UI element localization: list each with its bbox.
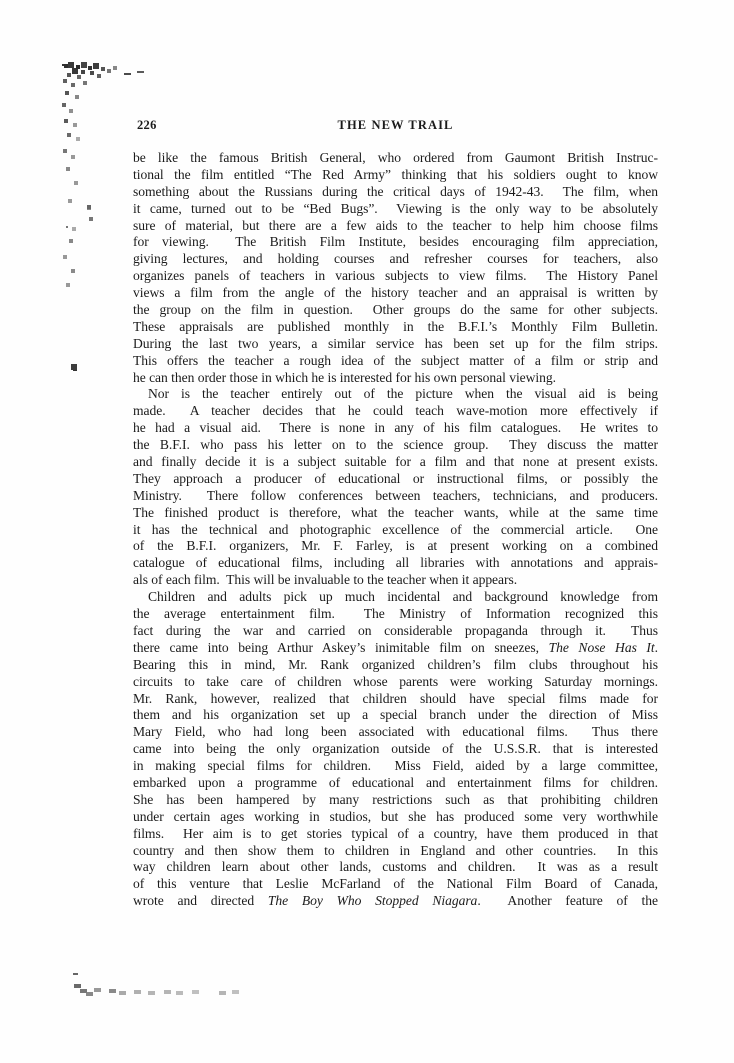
text-line: the group on the film in question. Other… bbox=[133, 302, 658, 319]
text-segment: and finally decide it is a subject suita… bbox=[133, 454, 658, 469]
text-segment: tional the film entitled “The Red Army” … bbox=[133, 167, 658, 182]
text-segment: embarked upon a programme of educational… bbox=[133, 775, 658, 790]
text-segment: of this venture that Leslie McFarland of… bbox=[133, 876, 658, 891]
text-line: als of each film. This will be invaluabl… bbox=[133, 572, 658, 589]
text-segment: Children and adults pick up much inciden… bbox=[148, 589, 658, 604]
text-line: something about the Russians during the … bbox=[133, 184, 658, 201]
text-line: the average entertainment film. The Mini… bbox=[133, 606, 658, 623]
text-segment: there came into being Arthur Askey’s ini… bbox=[133, 640, 549, 655]
text-line: country and then show them to children i… bbox=[133, 843, 658, 860]
text-line: it has the technical and photographic ex… bbox=[133, 522, 658, 539]
text-segment: them and his organization set up a speci… bbox=[133, 707, 658, 722]
text-segment: als of each film. This will be invaluabl… bbox=[133, 572, 517, 587]
text-line: organizes panels of teachers in various … bbox=[133, 268, 658, 285]
scan-noise-dashes bbox=[124, 73, 131, 75]
text-line: in making special films for children. Mi… bbox=[133, 758, 658, 775]
text-line: Mr. Rank, however, realized that childre… bbox=[133, 691, 658, 708]
text-segment: Mary Field, who had long been associated… bbox=[133, 724, 658, 739]
text-line: wrote and directed The Boy Who Stopped N… bbox=[133, 893, 658, 910]
text-line: Mary Field, who had long been associated… bbox=[133, 724, 658, 741]
running-title: THE NEW TRAIL bbox=[133, 118, 658, 133]
text-line: for viewing. The British Film Institute,… bbox=[133, 234, 658, 251]
text-line: came into being the only organization ou… bbox=[133, 741, 658, 758]
text-segment: They approach a producer of educational … bbox=[133, 471, 658, 486]
text-segment: She has been hampered by many restrictio… bbox=[133, 792, 658, 807]
text-line: This offers the teacher a rough idea of … bbox=[133, 353, 658, 370]
paragraph: be like the famous British General, who … bbox=[133, 150, 658, 386]
text-segment: films. Her aim is to get stories typical… bbox=[133, 826, 658, 841]
text-segment: be like the famous British General, who … bbox=[133, 150, 658, 165]
text-segment: country and then show them to children i… bbox=[133, 843, 658, 858]
text-line: Ministry. There follow conferences betwe… bbox=[133, 488, 658, 505]
text-line: way children learn about other lands, cu… bbox=[133, 859, 658, 876]
text-segment: it came, turned out to be “Bed Bugs”. Vi… bbox=[133, 201, 658, 216]
text-line: catalogue of educational films, includin… bbox=[133, 555, 658, 572]
text-segment: in making special films for children. Mi… bbox=[133, 758, 658, 773]
scan-noise-bottom-left bbox=[73, 973, 78, 975]
text-line: films. Her aim is to get stories typical… bbox=[133, 826, 658, 843]
text-segment: sure of material, but there are a few ai… bbox=[133, 218, 658, 233]
text-segment: Nor is the teacher entirely out of the p… bbox=[148, 386, 658, 401]
text-segment: he had a visual aid. There is none in an… bbox=[133, 420, 658, 435]
text-segment: Bearing this in mind, Mr. Rank organized… bbox=[133, 657, 658, 672]
text-line: These appraisals are published monthly i… bbox=[133, 319, 658, 336]
text-segment: it has the technical and photographic ex… bbox=[133, 522, 658, 537]
text-segment: giving lectures, and holding courses and… bbox=[133, 251, 658, 266]
text-segment: under certain ages working in studios, b… bbox=[133, 809, 658, 824]
running-header: 226 THE NEW TRAIL bbox=[133, 118, 658, 134]
text-line: circuits to take care of children whose … bbox=[133, 674, 658, 691]
scan-noise-top-left bbox=[62, 64, 64, 66]
text-segment: the B.F.I. who pass his letter on to the… bbox=[133, 437, 658, 452]
body-text: be like the famous British General, who … bbox=[133, 150, 658, 910]
text-segment: the group on the film in question. Other… bbox=[133, 302, 658, 317]
text-segment: he can then order those in which he is i… bbox=[133, 370, 556, 385]
text-segment: wrote and directed bbox=[133, 893, 268, 908]
text-line: there came into being Arthur Askey’s ini… bbox=[133, 640, 658, 657]
text-segment: of the B.F.I. organizers, Mr. F. Farley,… bbox=[133, 538, 658, 553]
text-line: of the B.F.I. organizers, Mr. F. Farley,… bbox=[133, 538, 658, 555]
film-title: The Boy Who Stopped Niagara bbox=[268, 893, 477, 908]
text-line: giving lectures, and holding courses and… bbox=[133, 251, 658, 268]
text-line: During the last two years, a similar ser… bbox=[133, 336, 658, 353]
text-segment: . Another feature of the bbox=[477, 893, 658, 908]
text-line: he had a visual aid. There is none in an… bbox=[133, 420, 658, 437]
text-segment: made. A teacher decides that he could te… bbox=[133, 403, 658, 418]
text-line: them and his organization set up a speci… bbox=[133, 707, 658, 724]
text-segment: During the last two years, a similar ser… bbox=[133, 336, 658, 351]
text-line: the B.F.I. who pass his letter on to the… bbox=[133, 437, 658, 454]
text-line: under certain ages working in studios, b… bbox=[133, 809, 658, 826]
scan-noise-left-margin bbox=[66, 226, 68, 228]
text-segment: Mr. Rank, however, realized that childre… bbox=[133, 691, 658, 706]
text-segment: circuits to take care of children whose … bbox=[133, 674, 658, 689]
text-segment: way children learn about other lands, cu… bbox=[133, 859, 658, 874]
text-segment: the average entertainment film. The Mini… bbox=[133, 606, 658, 621]
text-segment: organizes panels of teachers in various … bbox=[133, 268, 658, 283]
text-line: he can then order those in which he is i… bbox=[133, 370, 658, 387]
film-title: The Nose Has It bbox=[549, 640, 655, 655]
text-line: Nor is the teacher entirely out of the p… bbox=[133, 386, 658, 403]
book-page: 226 THE NEW TRAIL be like the famous Bri… bbox=[0, 0, 734, 1063]
text-line: of this venture that Leslie McFarland of… bbox=[133, 876, 658, 893]
text-segment: Ministry. There follow conferences betwe… bbox=[133, 488, 658, 503]
text-segment: views a film from the angle of the histo… bbox=[133, 285, 658, 300]
text-line: made. A teacher decides that he could te… bbox=[133, 403, 658, 420]
text-line: Children and adults pick up much inciden… bbox=[133, 589, 658, 606]
text-segment: . bbox=[655, 640, 658, 655]
text-segment: something about the Russians during the … bbox=[133, 184, 658, 199]
text-line: views a film from the angle of the histo… bbox=[133, 285, 658, 302]
text-line: fact during the war and carried on consi… bbox=[133, 623, 658, 640]
text-segment: fact during the war and carried on consi… bbox=[133, 623, 658, 638]
text-line: tional the film entitled “The Red Army” … bbox=[133, 167, 658, 184]
text-line: and finally decide it is a subject suita… bbox=[133, 454, 658, 471]
text-line: embarked upon a programme of educational… bbox=[133, 775, 658, 792]
text-line: The finished product is therefore, what … bbox=[133, 505, 658, 522]
text-segment: catalogue of educational films, includin… bbox=[133, 555, 658, 570]
text-line: They approach a producer of educational … bbox=[133, 471, 658, 488]
text-line: it came, turned out to be “Bed Bugs”. Vi… bbox=[133, 201, 658, 218]
paragraph: Nor is the teacher entirely out of the p… bbox=[133, 386, 658, 589]
text-line: Bearing this in mind, Mr. Rank organized… bbox=[133, 657, 658, 674]
text-line: sure of material, but there are a few ai… bbox=[133, 218, 658, 235]
text-segment: for viewing. The British Film Institute,… bbox=[133, 234, 658, 249]
paragraph: Children and adults pick up much inciden… bbox=[133, 589, 658, 910]
text-segment: This offers the teacher a rough idea of … bbox=[133, 353, 658, 368]
text-segment: These appraisals are published monthly i… bbox=[133, 319, 658, 334]
text-line: be like the famous British General, who … bbox=[133, 150, 658, 167]
text-segment: came into being the only organization ou… bbox=[133, 741, 658, 756]
text-segment: The finished product is therefore, what … bbox=[133, 505, 658, 520]
text-line: She has been hampered by many restrictio… bbox=[133, 792, 658, 809]
